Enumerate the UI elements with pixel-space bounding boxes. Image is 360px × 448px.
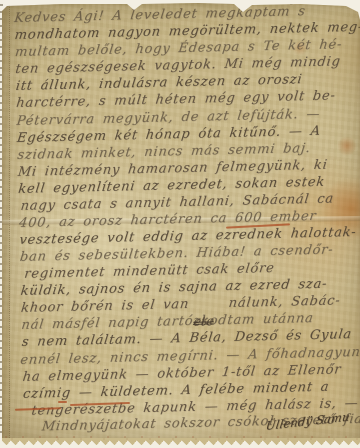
- crossed-out-word: ete: [192, 314, 214, 330]
- handwriting-layer: 914 IX/17 — Kedves Ági! A leveledet megk…: [2, 0, 360, 438]
- letter-sheet: 914 IX/17 — Kedves Ági! A leveledet megk…: [2, 2, 360, 438]
- red-dash-mark: [58, 401, 67, 403]
- perforation-dots: [2, 434, 360, 440]
